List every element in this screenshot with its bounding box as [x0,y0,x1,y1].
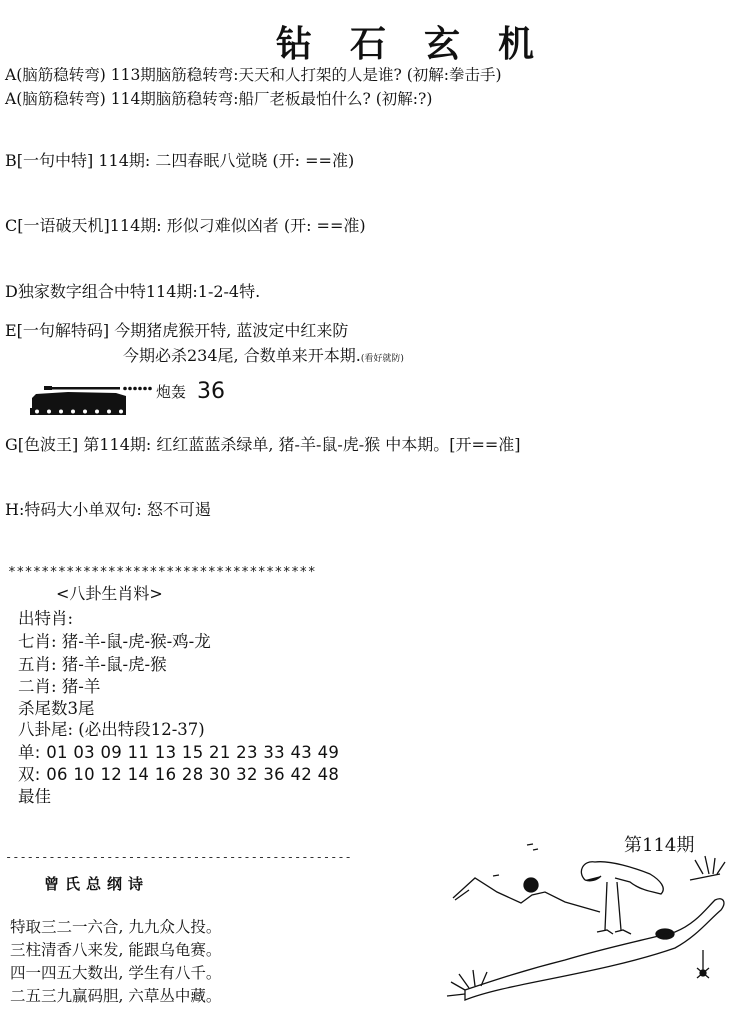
cannon-number: 36 [197,379,225,404]
section-a-114: A(脑筋稳转弯) 114期脑筋稳转弯:船厂老板最怕什么? (初解:?) [5,87,432,109]
poem-divider: ----------------------------------------… [5,850,352,864]
section-h: H:特码大小单双句: 怒不可遏 [5,497,211,520]
section-e-note: (看好就防) [361,354,404,364]
bagua-title: <八卦生肖料> [56,581,163,604]
bagua-line: 二肖: 猪-羊 [18,673,100,697]
section-c: C[一语破天机]114期: 形似刁难似凶者 (开: ==准) [5,213,366,236]
cannon-label: 炮轰 [156,381,186,402]
poem-line: 三柱清香八来发, 能跟乌龟赛。 [10,938,221,960]
section-a-113: A(脑筋稳转弯) 113期脑筋稳转弯:天天和人打架的人是谁? (初解:拳击手) [5,63,502,85]
section-e-line2: 今期必杀234尾, 合数单来开本期.(看好就防) [123,343,404,366]
section-e-line1: E[一句解特码] 今期猪虎猴开特, 蓝波定中红来防 [5,318,348,341]
bagua-line: 七肖: 猪-羊-鼠-虎-猴-鸡-龙 [18,628,211,652]
bagua-line: 最佳 [18,783,51,807]
poem-line: 二五三九赢码胆, 六草丛中藏。 [10,984,221,1006]
star-separator: ************************************* [8,565,316,580]
poem-line: 四一四五大数出, 学生有八千。 [10,961,221,983]
section-b: B[一句中特] 114期: 二四春眠八觉晓 (开: ==准) [5,148,354,171]
section-e-line2-text: 今期必杀234尾, 合数单来开本期. [123,346,361,365]
crane-on-pine-branch-illustration [435,840,735,1020]
section-d: D独家数字组合中特114期:1-2-4特. [5,279,260,302]
poem-line: 特取三二一六合, 九九众人投。 [10,915,221,937]
poem-title: 曾氏总纲诗 [44,873,149,894]
bagua-odd-numbers: 单: 01 03 09 11 13 15 21 23 33 43 49 [18,739,339,763]
section-g: G[色波王] 第114期: 红红蓝蓝杀绿单, 猪-羊-鼠-虎-猴 中本期。[开=… [5,432,521,455]
bagua-line: 五肖: 猪-羊-鼠-虎-猴 [18,651,167,675]
bagua-line: 八卦尾: (必出特段12-37) [18,716,205,740]
bagua-even-numbers: 双: 06 10 12 14 16 28 30 32 36 42 48 [18,761,339,785]
page-title: 钻石玄机 [276,16,572,67]
bagua-line: 出特肖: [18,605,73,629]
